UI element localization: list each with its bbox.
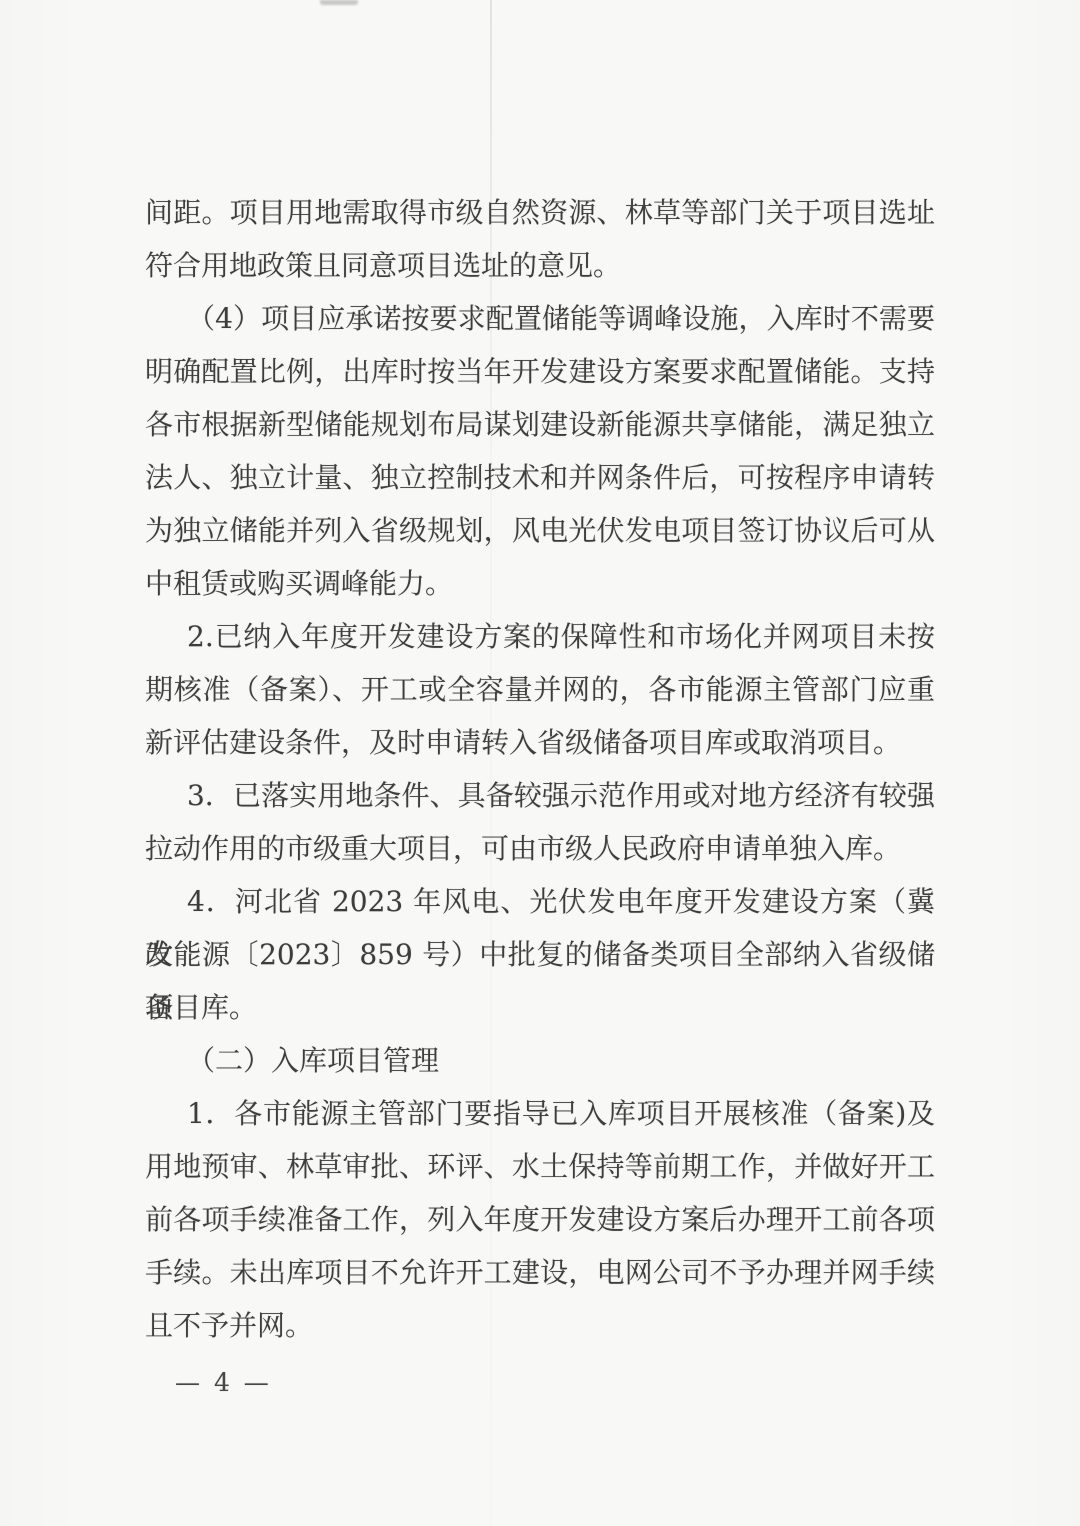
text-line: 1．各市能源主管部门要指导已入库项目开展核准（备案)及	[145, 1087, 935, 1140]
text-line: 且不予并网。	[145, 1299, 935, 1352]
paragraph: 1．各市能源主管部门要指导已入库项目开展核准（备案)及用地预审、林草审批、环评、…	[145, 1087, 935, 1352]
text-line: 明确配置比例，出库时按当年开发建设方案要求配置储能。支持	[145, 345, 935, 398]
text-line: 中租赁或购买调峰能力。	[145, 557, 935, 610]
text-line: 新评估建设条件，及时申请转入省级储备项目库或取消项目。	[145, 716, 935, 769]
page-number: — 4 —	[175, 1356, 272, 1409]
text-line: 为独立储能并列入省级规划，风电光伏发电项目签订协议后可从	[145, 504, 935, 557]
paragraph: （二）入库项目管理	[145, 1034, 935, 1087]
text-line: 法人、独立计量、独立控制技术和并网条件后，可按程序申请转	[145, 451, 935, 504]
paragraph: 4．河北省 2023 年风电、光伏发电年度开发建设方案（冀发改能源〔2023〕8…	[145, 875, 935, 1034]
text-line: 3．已落实用地条件、具备较强示范作用或对地方经济有较强	[145, 769, 935, 822]
text-line: 项目库。	[145, 981, 935, 1034]
text-line: （4）项目应承诺按要求配置储能等调峰设施，入库时不需要	[145, 292, 935, 345]
text-line: 手续。未出库项目不允许开工建设，电网公司不予办理并网手续	[145, 1246, 935, 1299]
paragraph: 间距。项目用地需取得市级自然资源、林草等部门关于项目选址符合用地政策且同意项目选…	[145, 186, 935, 292]
text-line: 拉动作用的市级重大项目，可由市级人民政府申请单独入库。	[145, 822, 935, 875]
text-line: 2.已纳入年度开发建设方案的保障性和市场化并网项目未按	[145, 610, 935, 663]
text-line: 符合用地政策且同意项目选址的意见。	[145, 239, 935, 292]
scan-smudge	[320, 0, 358, 5]
text-line: 用地预审、林草审批、环评、水土保持等前期工作，并做好开工	[145, 1140, 935, 1193]
text-line: 各市根据新型储能规划布局谋划建设新能源共享储能，满足独立	[145, 398, 935, 451]
paragraph: 3．已落实用地条件、具备较强示范作用或对地方经济有较强拉动作用的市级重大项目，可…	[145, 769, 935, 875]
text-line: 改能源〔2023〕859 号）中批复的储备类项目全部纳入省级储备	[145, 928, 935, 981]
text-line: 前各项手续准备工作，列入年度开发建设方案后办理开工前各项	[145, 1193, 935, 1246]
text-line: 期核准（备案）、开工或全容量并网的，各市能源主管部门应重	[145, 663, 935, 716]
text-line: 间距。项目用地需取得市级自然资源、林草等部门关于项目选址	[145, 186, 935, 239]
text-line: 4．河北省 2023 年风电、光伏发电年度开发建设方案（冀发	[145, 875, 935, 928]
document-body: 间距。项目用地需取得市级自然资源、林草等部门关于项目选址符合用地政策且同意项目选…	[145, 186, 935, 1352]
paragraph: （4）项目应承诺按要求配置储能等调峰设施，入库时不需要明确配置比例，出库时按当年…	[145, 292, 935, 610]
paragraph: 2.已纳入年度开发建设方案的保障性和市场化并网项目未按期核准（备案）、开工或全容…	[145, 610, 935, 769]
document-page: 间距。项目用地需取得市级自然资源、林草等部门关于项目选址符合用地政策且同意项目选…	[0, 0, 1080, 1526]
text-line: （二）入库项目管理	[145, 1034, 935, 1087]
